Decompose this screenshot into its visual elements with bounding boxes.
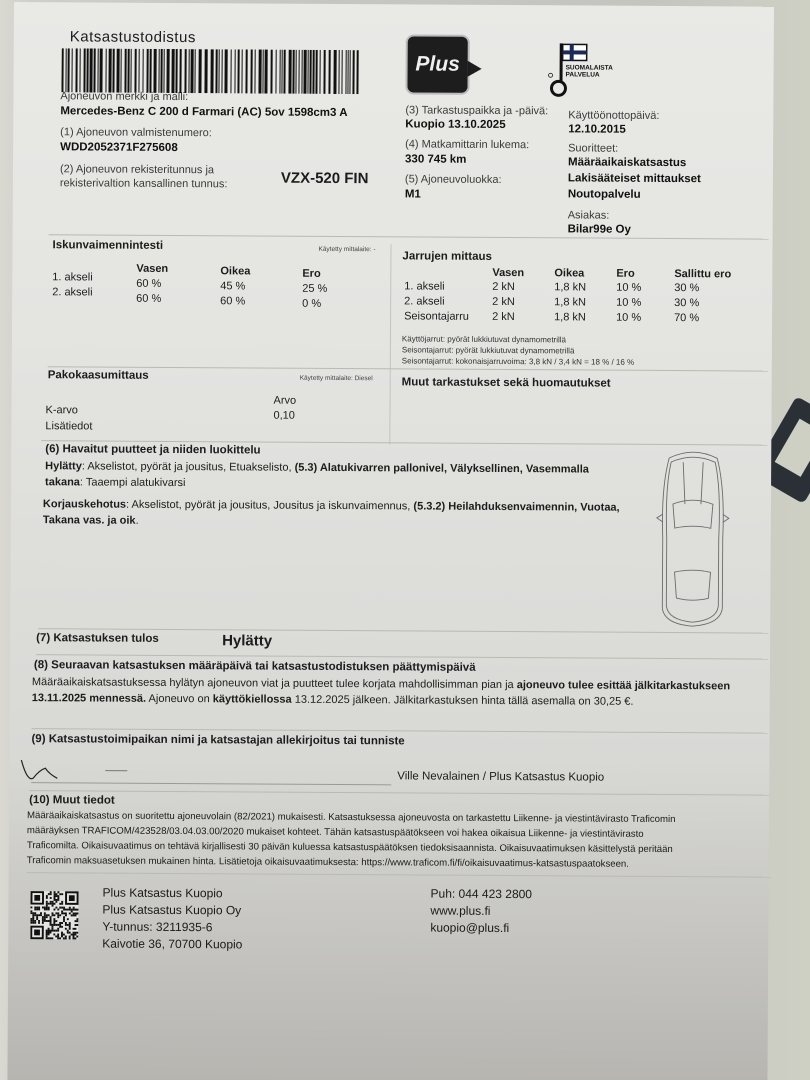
odometer-label: (4) Matkamittarin lukema: [405, 138, 529, 151]
brake-cell: 2 kN [492, 311, 515, 323]
other-checks-title: Muut tarkastukset sekä huomautukset [402, 376, 611, 389]
signature-title: (9) Katsastustoimipaikan nimi ja katsast… [31, 733, 404, 747]
divider [32, 728, 768, 733]
brake-note: Käyttöjarrut: pyörät lukkiutuvat dynamom… [402, 334, 566, 344]
divider [27, 872, 771, 878]
vin-label: (1) Ajoneuvon valmistenumero: [60, 126, 212, 139]
next-inspection-title: (8) Seuraavan katsastuksen määräpäivä ta… [34, 659, 476, 674]
company-info: Plus Katsastus Kuopio Plus Katsastus Kuo… [102, 885, 243, 954]
repair-label: Korjauskehotus [43, 498, 126, 511]
k-value-label: K-arvo [45, 404, 77, 416]
shock-header: Vasen [136, 263, 168, 275]
shock-cell: 45 % [220, 280, 245, 292]
brake-cell: 1,8 kN [554, 296, 586, 308]
email-link[interactable]: kuopio@plus.fi [430, 920, 532, 938]
logo-text: Plus [415, 52, 460, 76]
place-label: (3) Tarkastuspaikka ja -päivä: [405, 104, 548, 117]
divider [49, 234, 769, 239]
shock-test-device: Käytetty mittalaite: - [318, 246, 375, 253]
shock-cell: 0 % [302, 298, 321, 310]
rejected-tail: : Taaempi alatukivarsi [80, 476, 186, 489]
brake-header: Sallittu ero [674, 268, 731, 280]
repair-text: : Akselistot, pyörät ja jousitus, Jousit… [126, 499, 413, 513]
extra-info-label: Lisätiedot [45, 420, 92, 432]
next-text-3: 13.12.2025 jälkeen. Jälkitarkastuksen hi… [292, 694, 634, 708]
shock-cell: 60 % [136, 293, 161, 305]
shock-row-label: 1. akseli [52, 271, 92, 283]
make-model-label: Ajoneuvon merkki ja malli: [60, 90, 188, 103]
company-line: Plus Katsastus Kuopio [103, 885, 243, 903]
brake-row-label: 1. akseli [404, 280, 444, 292]
company-line: Plus Katsastus Kuopio Oy [102, 902, 242, 920]
defects-title: (6) Havaitut puutteet ja niiden luokitte… [45, 443, 260, 456]
brake-note: Seisontajarrut: kokonaisjarruvoima: 3,8 … [402, 356, 634, 366]
repair-request: Korjauskehotus: Akselistot, pyörät ja jo… [43, 496, 653, 532]
brake-cell: 2 kN [492, 281, 515, 293]
brake-cell: 10 % [616, 312, 641, 324]
shock-cell: 60 % [220, 295, 245, 307]
shock-test-title: Iskunvaimennintesti [52, 239, 163, 252]
brake-cell: 1,8 kN [554, 281, 586, 293]
plus-logo: Plus [405, 34, 469, 94]
brake-cell: 10 % [616, 297, 641, 309]
next-text-1: Määräaikaiskatsastuksessa hylätyn ajoneu… [32, 676, 517, 691]
rejected-label: Hylätty [45, 460, 82, 472]
shock-header: Oikea [220, 265, 250, 277]
service-item: Lakisääteiset mittaukset [568, 172, 701, 185]
first-use-value: 12.10.2015 [568, 123, 626, 135]
result-value: Hylätty [222, 632, 272, 649]
vin-value: WDD2052371F275608 [60, 141, 178, 154]
services-label: Suoritteet: [568, 142, 618, 154]
brake-note: Seisontajarrut: pyörät lukkiutuvat dynam… [402, 345, 575, 355]
customer-value: Bilar99e Oy [568, 223, 631, 235]
rejected-defect: Hylätty: Akselistot, pyörät ja jousitus,… [45, 458, 625, 494]
brake-cell: 30 % [674, 297, 699, 309]
customer-label: Asiakas: [568, 209, 610, 221]
divider [29, 790, 769, 796]
rejected-text: : Akselistot, pyörät ja jousitus, Etuaks… [82, 460, 295, 473]
other-info-text: Määräaikaiskatsastus on suoritettu ajone… [27, 808, 777, 873]
document-title: Katsastustodistus [70, 28, 196, 46]
qr-code-icon [30, 890, 78, 940]
shock-cell: 60 % [136, 278, 161, 290]
car-diagram-icon [654, 448, 731, 628]
repair-tail: . [136, 515, 139, 527]
website-link[interactable]: www.plus.fi [430, 903, 532, 921]
contact-info: Puh: 044 423 2800 www.plus.fi kuopio@plu… [430, 886, 532, 938]
shock-cell: 25 % [302, 283, 327, 295]
next-inspection-text: Määräaikaiskatsastuksessa hylätyn ajoneu… [32, 674, 762, 710]
shock-row-label: 2. akseli [52, 286, 92, 298]
brake-header: Ero [616, 268, 634, 280]
exhaust-title: Pakokaasumittaus [48, 369, 149, 382]
k-value: 0,10 [273, 410, 294, 422]
brake-row-label: Seisontajarru [404, 310, 469, 322]
phone: Puh: 044 423 2800 [431, 886, 533, 904]
first-use-label: Käyttöönottopäivä: [568, 109, 659, 122]
company-line: Y-tunnus: 3211935-6 [102, 919, 242, 937]
service-item: Noutopalvelu [568, 188, 641, 200]
brake-cell: 1,8 kN [554, 311, 586, 323]
class-label: (5) Ajoneuvoluokka: [405, 173, 502, 186]
divider [36, 654, 768, 659]
service-item: Määräaikaiskatsastus [568, 156, 686, 169]
brake-cell: 2 kN [492, 296, 515, 308]
other-info-title: (10) Muut tiedot [29, 794, 115, 807]
result-label: (7) Katsastuksen tulos [36, 632, 159, 645]
brake-cell: 30 % [674, 282, 699, 294]
divider [48, 366, 768, 371]
class-value: M1 [405, 188, 421, 200]
brake-header: Oikea [554, 267, 584, 279]
brake-test-title: Jarrujen mittaus [402, 250, 492, 263]
barcode-icon [61, 48, 359, 94]
company-line: Kaivotie 36, 70700 Kuopio [102, 936, 242, 954]
exhaust-value-header: Arvo [274, 395, 297, 407]
reg-label-1: (2) Ajoneuvon rekisteritunnus ja [60, 163, 214, 176]
brake-table: VasenOikeaEroSallittu ero1. akseli2 kN1,… [14, 2, 774, 7]
divider [389, 244, 391, 444]
brake-header: Vasen [492, 267, 524, 279]
place-value: Kuopio 13.10.2025 [405, 118, 505, 131]
inspection-certificate: Katsastustodistus Plus SUOMALAISTA PALVE… [7, 2, 774, 1080]
inspector-name: Ville Nevalainen / Plus Katsastus Kuopio [397, 770, 604, 783]
odometer-value: 330 745 km [405, 153, 466, 165]
brake-cell: 10 % [616, 282, 641, 294]
reg-label-2: rekisterivaltion kansallinen tunnus: [60, 177, 228, 190]
registration-number: VZX-520 FIN [281, 170, 369, 188]
exhaust-device: Käytetty mittalaite: Diesel [300, 375, 373, 382]
next-bold-2: käyttökiellossa [213, 693, 292, 705]
shock-header: Ero [302, 268, 320, 280]
brake-cell: 70 % [674, 312, 699, 324]
next-text-2: Ajoneuvo on [146, 693, 213, 705]
finnish-service-key-flag-icon: SUOMALAISTA PALVELUA [543, 39, 623, 99]
make-model-value: Mercedes-Benz C 200 d Farmari (AC) 5ov 1… [60, 105, 347, 119]
svg-text:PALVELUA: PALVELUA [566, 71, 600, 78]
brake-row-label: 2. akseli [404, 295, 444, 307]
